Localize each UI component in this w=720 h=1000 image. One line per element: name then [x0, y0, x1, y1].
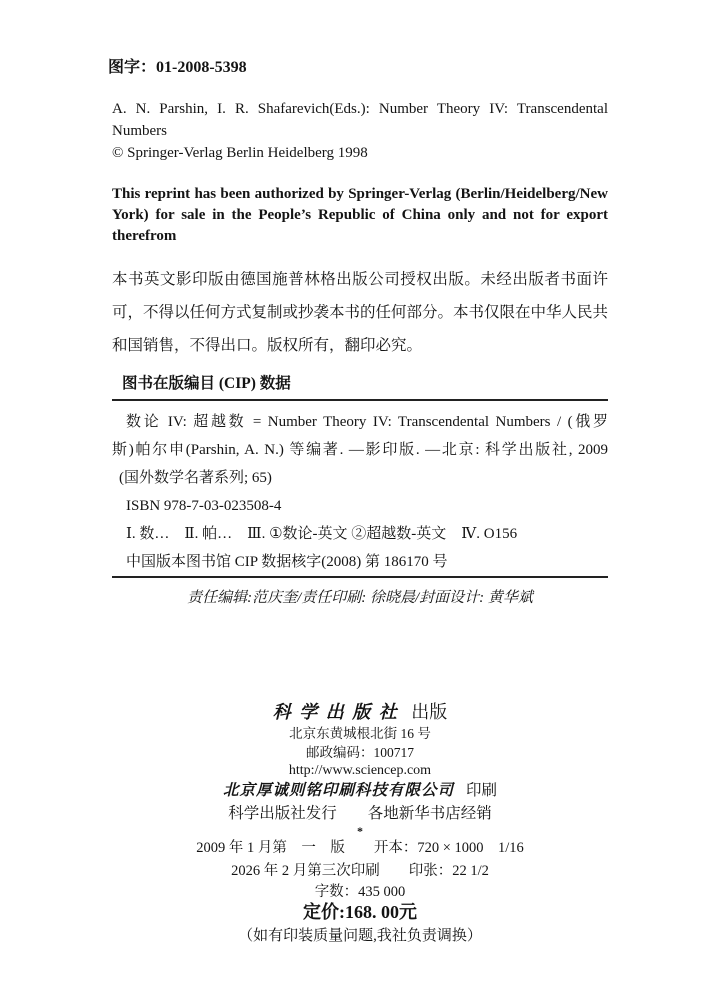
- citation-line-2: Numbers: [112, 120, 608, 142]
- cip-series-line: (国外数学名著系列; 65): [112, 464, 608, 492]
- cip-rule-bottom: [112, 576, 608, 578]
- edition-line: 2009 年 1 月第 一 版 开本：720 × 1000 1/16: [112, 837, 608, 860]
- printer-line: 北京厚诚则铭印刷科技有限公司 印刷: [112, 780, 608, 802]
- cip-entry-line-2: 斯)帕尔申(Parshin, A. N.) 等编著. —影印版. —北京: 科学…: [112, 436, 608, 464]
- printing-line: 2026 年 2 月第三次印刷 印张：22 1/2: [112, 860, 608, 883]
- cip-record-line: 中国版本图书馆 CIP 数据核字(2008) 第 186170 号: [112, 548, 608, 576]
- printer-role-label: 印刷: [466, 782, 497, 799]
- imprint-block: 科 学 出 版 社 出版 北京东黄城根北街 16 号 邮政编码：100717 h…: [112, 700, 608, 949]
- quality-note-line: （如有印装质量问题,我社负责调换）: [112, 923, 608, 949]
- cip-entry-line-1: 数论 IV: 超越数 = Number Theory IV: Transcend…: [112, 408, 608, 436]
- publisher-address-line: 北京东黄城根北街 16 号: [112, 724, 608, 743]
- separator-asterisk: *: [112, 825, 608, 837]
- cip-header: 图书在版编目 (CIP) 数据: [112, 374, 608, 394]
- word-count-line: 字数：435 000: [112, 883, 608, 901]
- reprint-authorization-notice: This reprint has been authorized by Spri…: [112, 184, 608, 247]
- publisher-website-line: http://www.sciencep.com: [112, 762, 608, 780]
- publisher-line: 科 学 出 版 社 出版: [112, 700, 608, 724]
- cip-rule-top: [112, 399, 608, 401]
- credits-line: 责任编辑:范庆奎/责任印刷: 徐晓晨/封面设计: 黄华斌: [112, 588, 608, 608]
- citation-line-1: A. N. Parshin, I. R. Shafarevich(Eds.): …: [112, 98, 608, 120]
- source-citation: A. N. Parshin, I. R. Shafarevich(Eds.): …: [112, 98, 608, 164]
- copyright-line: © Springer-Verlag Berlin Heidelberg 1998: [112, 142, 608, 164]
- license-number-line: 图字：01-2008-5398: [108, 58, 608, 78]
- postcode-line: 邮政编码：100717: [112, 743, 608, 762]
- chinese-notice-line-3: 和国销售，不得出口。版权所有，翻印必究。: [112, 329, 608, 362]
- reprint-line-3: therefrom: [112, 226, 608, 247]
- reprint-line-1: This reprint has been authorized by Spri…: [112, 184, 608, 205]
- printer-name-calligraphy: 北京厚诚则铭印刷科技有限公司: [223, 782, 454, 799]
- isbn-line: ISBN 978-7-03-023508-4: [112, 492, 608, 520]
- classification-line: Ⅰ. 数… Ⅱ. 帕… Ⅲ. ①数论-英文 ②超越数-英文 Ⅳ. O156: [112, 520, 608, 548]
- reprint-line-2: York) for sale in the People’s Republic …: [112, 205, 608, 226]
- copyright-page: 图字：01-2008-5398 A. N. Parshin, I. R. Sha…: [0, 0, 720, 1000]
- chinese-notice-line-1: 本书英文影印版由德国施普林格出版公司授权出版。未经出版者书面许: [112, 263, 608, 296]
- cip-data-box: 图书在版编目 (CIP) 数据 数论 IV: 超越数 = Number Theo…: [112, 374, 608, 578]
- publisher-name-calligraphy: 科 学 出 版 社: [273, 702, 399, 722]
- publisher-role-label: 出版: [411, 702, 447, 722]
- cip-body: 数论 IV: 超越数 = Number Theory IV: Transcend…: [112, 408, 608, 576]
- chinese-copyright-notice: 本书英文影印版由德国施普林格出版公司授权出版。未经出版者书面许 可，不得以任何方…: [112, 263, 608, 362]
- chinese-notice-line-2: 可，不得以任何方式复制或抄袭本书的任何部分。本书仅限在中华人民共: [112, 296, 608, 329]
- price-line: 定价:168. 00元: [112, 901, 608, 923]
- distribution-line: 科学出版社发行 各地新华书店经销: [112, 802, 608, 825]
